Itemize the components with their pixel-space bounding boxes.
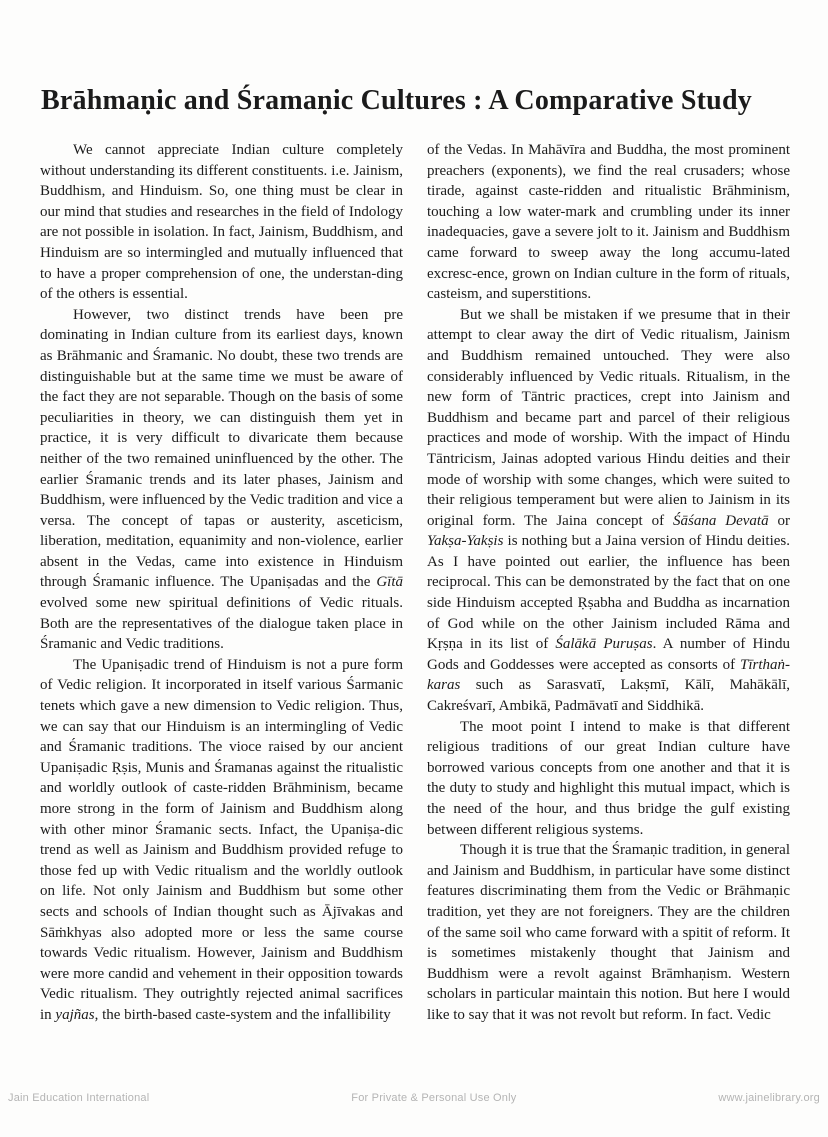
text-run: However, two distinct trends have been p…: [40, 307, 403, 591]
italic-text-run: yajñas: [55, 1007, 94, 1023]
two-column-body: We cannot appreciate Indian culture comp…: [40, 140, 790, 1026]
text-run: Though it is true that the Śramaṇic trad…: [427, 842, 790, 1023]
footer-right-text: www.jainelibrary.org: [718, 1092, 820, 1104]
text-run: The moot point I intend to make is that …: [427, 719, 790, 838]
paragraph: Though it is true that the Śramaṇic trad…: [427, 840, 790, 1025]
text-run: The Upaniṣadic trend of Hinduism is not …: [40, 657, 403, 1023]
page-footer: Jain Education International For Private…: [8, 1092, 820, 1104]
footer-left-text: Jain Education International: [8, 1092, 149, 1104]
text-run: , the birth-based caste-system and the i…: [95, 1007, 391, 1023]
paragraph: However, two distinct trends have been p…: [40, 305, 403, 655]
italic-text-run: Śāśana Devatā: [673, 513, 769, 529]
text-run: We cannot appreciate Indian culture comp…: [40, 142, 403, 302]
paragraph: of the Vedas. In Mahāvīra and Buddha, th…: [427, 140, 790, 305]
text-run: is nothing but a Jaina version of Hindu …: [427, 533, 790, 652]
footer-center-text: For Private & Personal Use Only: [351, 1092, 516, 1104]
paragraph: The Upaniṣadic trend of Hinduism is not …: [40, 655, 403, 1026]
italic-text-run: Śalākā Puruṣas: [555, 636, 652, 652]
text-run: evolved some new spiritual definitions o…: [40, 595, 403, 652]
document-page: Brāhmaṇic and Śramaṇic Cultures : A Comp…: [0, 0, 828, 1137]
text-run: of the Vedas. In Mahāvīra and Buddha, th…: [427, 142, 790, 302]
text-run: But we shall be mistaken if we presume t…: [427, 307, 790, 529]
paragraph: But we shall be mistaken if we presume t…: [427, 305, 790, 717]
page-title: Brāhmaṇic and Śramaṇic Cultures : A Comp…: [41, 85, 798, 117]
text-column-right: of the Vedas. In Mahāvīra and Buddha, th…: [427, 140, 790, 1026]
paragraph: We cannot appreciate Indian culture comp…: [40, 140, 403, 305]
text-run: such as Sarasvatī, Lakṣmī, Kālī, Mahākāl…: [427, 677, 790, 714]
text-run: or: [769, 513, 790, 529]
italic-text-run: Yakṣa-Yakṣis: [427, 533, 503, 549]
text-column-left: We cannot appreciate Indian culture comp…: [40, 140, 403, 1026]
italic-text-run: Gītā: [376, 574, 403, 590]
paragraph: The moot point I intend to make is that …: [427, 717, 790, 841]
